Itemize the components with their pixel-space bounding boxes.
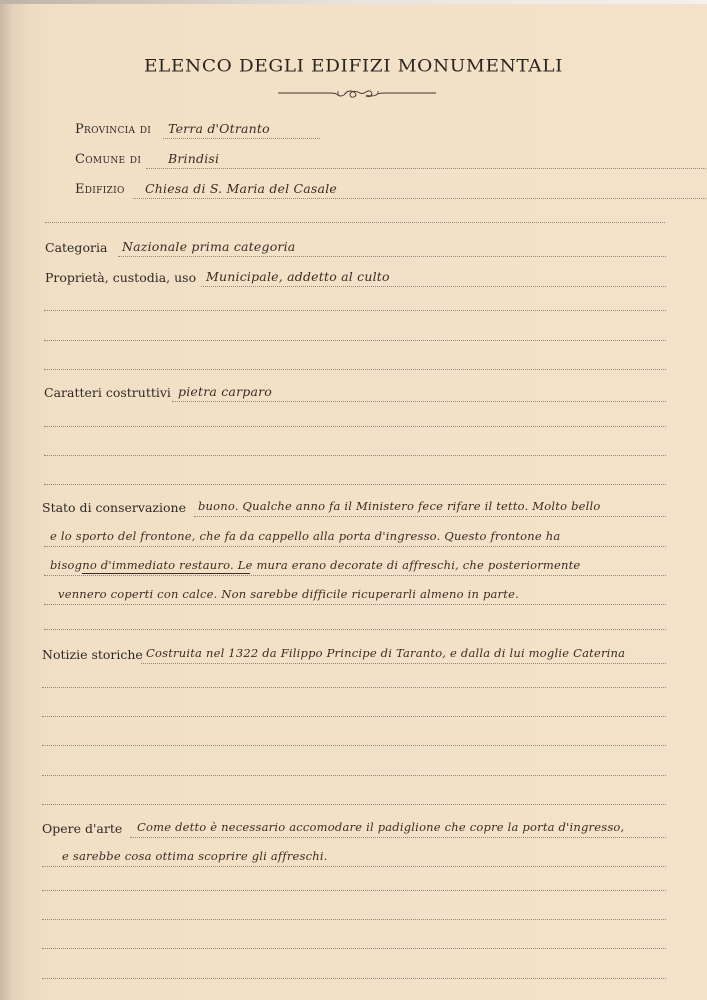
blank-rule bbox=[42, 919, 666, 920]
notizie-label: Notizie storiche bbox=[42, 647, 143, 662]
comune-label: Comune di bbox=[75, 152, 141, 167]
page-top-edge bbox=[0, 0, 707, 4]
caratteri-value: pietra carparo bbox=[178, 384, 272, 399]
categoria-label: Categoria bbox=[45, 240, 107, 255]
stato-line-3: bisogno d'immediato restauro. Le mura er… bbox=[50, 558, 580, 572]
blank-rule bbox=[44, 629, 666, 630]
stato-rule bbox=[44, 604, 666, 605]
stato-line-4: vennero coperti con calce. Non sarebbe d… bbox=[58, 587, 519, 601]
edifizio-label: Edifizio bbox=[75, 182, 125, 197]
blank-rule bbox=[44, 426, 666, 427]
stato-line-1: buono. Qualche anno fa il Ministero fece… bbox=[198, 499, 601, 513]
blank-rule bbox=[44, 369, 666, 370]
provincia-value: Terra d'Otranto bbox=[168, 121, 270, 136]
blank-rule bbox=[42, 716, 666, 717]
blank-rule bbox=[42, 804, 666, 805]
opere-rule bbox=[42, 866, 666, 867]
comune-rule bbox=[146, 168, 706, 169]
blank-rule bbox=[42, 978, 666, 979]
stato-rule bbox=[194, 516, 666, 517]
blank-rule bbox=[44, 484, 666, 485]
comune-value: Brindisi bbox=[168, 151, 219, 166]
opere-label: Opere d'arte bbox=[42, 821, 122, 836]
proprieta-value: Municipale, addetto al culto bbox=[206, 269, 390, 284]
notizie-rule bbox=[141, 663, 666, 664]
proprieta-label: Proprietà, custodia, uso bbox=[45, 270, 196, 285]
stato-rule bbox=[44, 575, 666, 576]
opere-rule bbox=[130, 837, 666, 838]
document-page: ELENCO DEGLI EDIFIZI MONUMENTALI Provinc… bbox=[0, 0, 707, 1000]
document-title: ELENCO DEGLI EDIFIZI MONUMENTALI bbox=[0, 57, 707, 76]
separator-rule bbox=[45, 222, 665, 223]
blank-rule bbox=[44, 340, 666, 341]
blank-rule bbox=[42, 775, 666, 776]
provincia-rule bbox=[163, 138, 320, 139]
blank-rule bbox=[42, 687, 666, 688]
blank-rule bbox=[44, 310, 666, 311]
categoria-value: Nazionale prima categoria bbox=[122, 239, 295, 254]
stato-rule bbox=[44, 546, 666, 547]
categoria-rule bbox=[118, 256, 666, 257]
edifizio-value: Chiesa di S. Maria del Casale bbox=[145, 181, 337, 196]
flourish-ornament-icon bbox=[278, 86, 436, 100]
blank-rule bbox=[42, 948, 666, 949]
underline-mark bbox=[82, 573, 250, 574]
caratteri-label: Caratteri costruttivi bbox=[44, 385, 171, 400]
blank-rule bbox=[42, 745, 666, 746]
provincia-label: Provincia di bbox=[75, 122, 151, 137]
opere-line-1: Come detto è necessario accomodare il pa… bbox=[137, 820, 624, 834]
blank-rule bbox=[44, 455, 666, 456]
proprieta-rule bbox=[201, 286, 666, 287]
stato-line-2: e lo sporto del frontone, che fa da capp… bbox=[50, 529, 560, 543]
opere-line-2: e sarebbe cosa ottima scoprire gli affre… bbox=[62, 849, 328, 863]
blank-rule bbox=[42, 890, 666, 891]
caratteri-rule bbox=[172, 401, 666, 402]
stato-label: Stato di conservazione bbox=[42, 500, 186, 515]
edifizio-rule bbox=[133, 198, 706, 199]
notizie-value: Costruita nel 1322 da Filippo Principe d… bbox=[146, 646, 625, 660]
